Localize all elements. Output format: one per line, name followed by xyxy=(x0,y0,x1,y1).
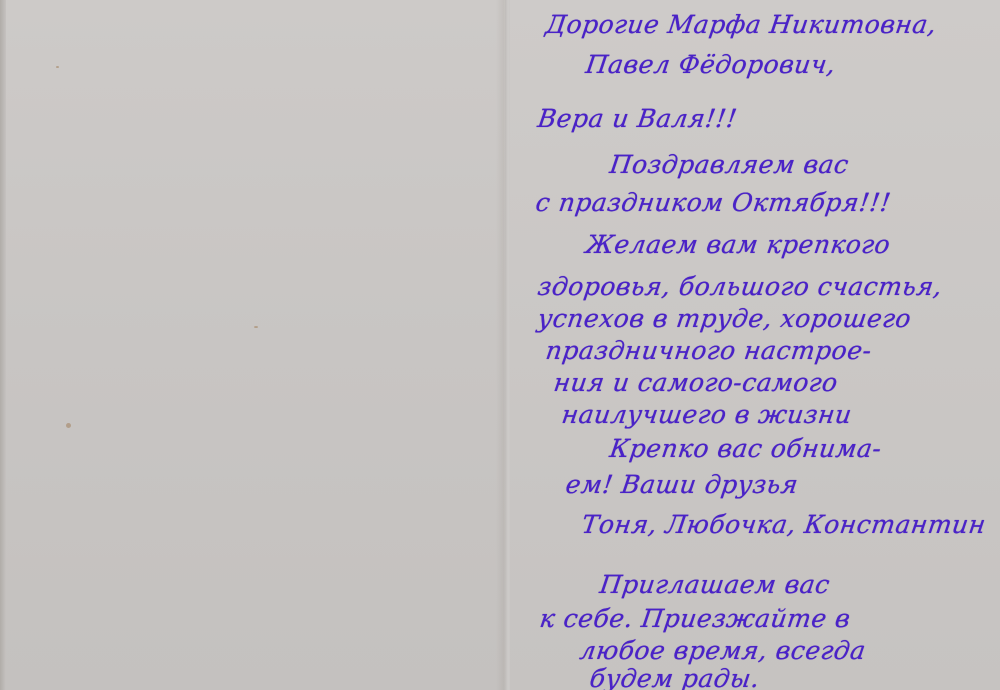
message-line: успехов в труде, хорошего xyxy=(536,304,913,333)
message-line: Поздравляем вас xyxy=(608,150,851,179)
left-page-blank xyxy=(0,0,505,690)
postscript-line: Приглашаем вас xyxy=(598,570,832,599)
message-line: здоровья, большого счастья, xyxy=(536,272,944,301)
signature-line: Тоня, Любочка, Константин xyxy=(580,510,988,539)
message-line: с праздником Октября!!! xyxy=(534,188,893,217)
message-line: наилучшего в жизни xyxy=(560,400,854,429)
message-line: Крепко вас обнима- xyxy=(608,434,884,463)
postscript-line: к себе. Приезжайте в xyxy=(538,604,852,633)
postscript-line: любое время, всегда xyxy=(578,636,868,665)
message-line: ем! Ваши друзья xyxy=(564,470,800,499)
greeting-line: Дорогие Марфа Никитовна, xyxy=(544,10,938,39)
foxing-spot xyxy=(254,326,258,328)
postscript-line: будем рады. xyxy=(588,664,762,690)
card-edge xyxy=(0,0,6,690)
greeting-line: Павел Фёдорович, xyxy=(584,50,838,79)
foxing-spot xyxy=(66,423,71,428)
message-line: праздничного настрое- xyxy=(544,336,874,365)
message-line: ния и самого-самого xyxy=(552,368,840,397)
greeting-card: Дорогие Марфа Никитовна, Павел Фёдорович… xyxy=(0,0,1000,690)
foxing-spot xyxy=(56,66,59,68)
message-line: Желаем вам крепкого xyxy=(584,230,892,259)
right-page-handwritten: Дорогие Марфа Никитовна, Павел Фёдорович… xyxy=(510,0,1000,690)
greeting-line: Вера и Валя!!! xyxy=(536,104,739,133)
handwritten-message: Дорогие Марфа Никитовна, Павел Фёдорович… xyxy=(510,0,1000,690)
